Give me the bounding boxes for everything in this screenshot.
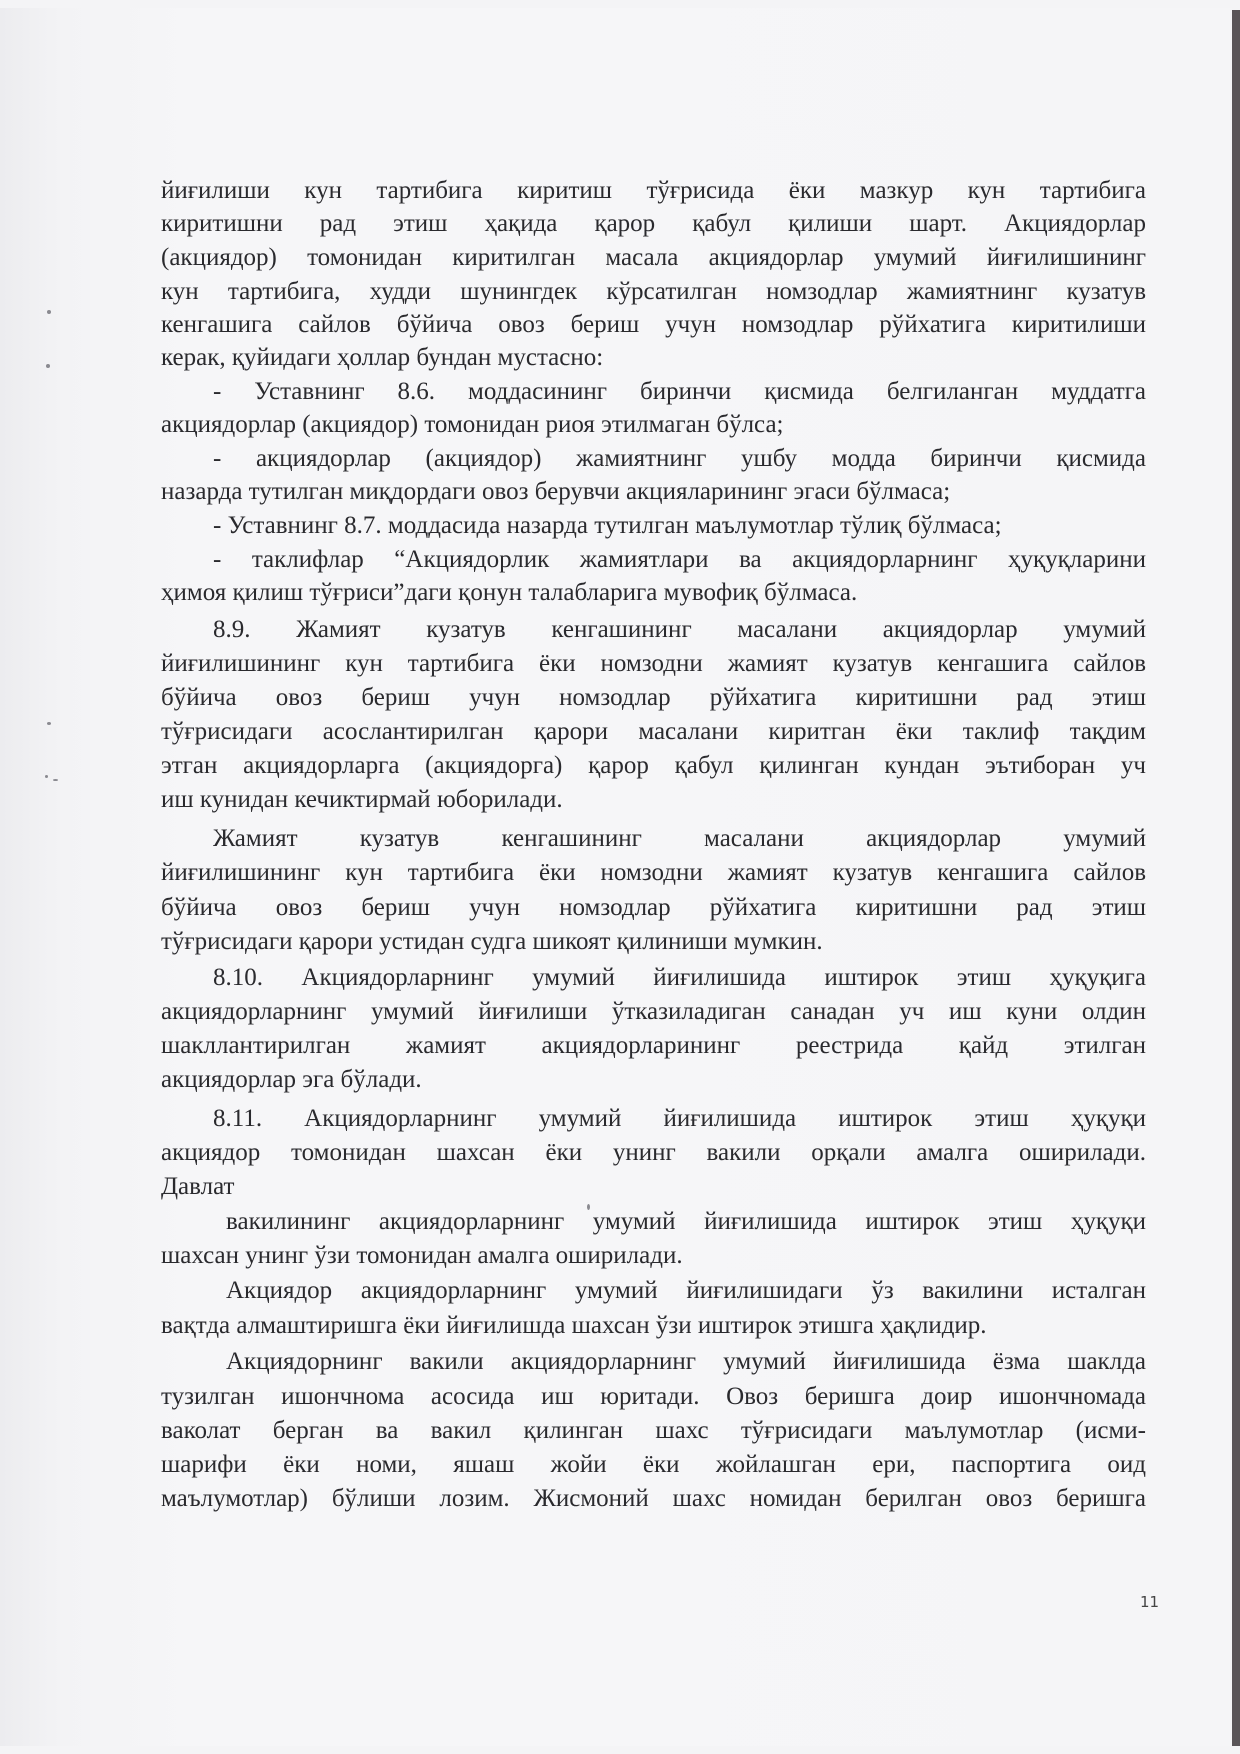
text-line: 8.11. Акциядорларнинг умумий йиғилишида … [213,1104,1146,1134]
page-number: 11 [1140,1593,1159,1611]
scan-speck [47,310,51,314]
text-line: назарда тутилган миқдордаги овоз берувчи… [161,477,950,507]
text-line: шахсан унинг ўзи томонидан амалга оширил… [161,1241,683,1271]
scan-speck [53,779,58,781]
text-line: акциядор томонидан шахсан ёки унинг ваки… [161,1138,1146,1168]
scan-speck [47,722,51,725]
text-line: кенгашига сайлов бўйича овоз бериш учун … [161,310,1146,340]
text-line: бўйича овоз бериш учун номзодлар рўйхати… [161,893,1146,923]
text-line: Акциядорнинг вакили акциядорларнинг умум… [226,1347,1146,1377]
text-line: Акциядор акциядорларнинг умумий йиғилиши… [226,1276,1146,1306]
text-line: Давлат [161,1172,234,1202]
text-line: 8.10. Акциядорларнинг умумий йиғилишида … [213,963,1146,993]
scan-edge-shadow [1232,10,1240,1746]
text-line: тўғрисидаги асослантирилган қарори масал… [161,717,1146,747]
scan-speck [46,364,50,368]
text-line: йиғилишининг кун тартибига ёки номзодни … [161,649,1146,679]
text-line: акциядорларнинг умумий йиғилиши ўтказила… [161,997,1146,1027]
text-line: акциядорлар (акциядор) томонидан риоя эт… [161,410,784,440]
text-line: йиғилиши кун тартибига киритиш тўғрисида… [161,176,1146,206]
text-line: тузилган ишончнома асосида иш юритади. О… [161,1382,1146,1412]
text-line: Жамият кузатув кенгашининг масалани акци… [213,824,1146,854]
text-line: бўйича овоз бериш учун номзодлар рўйхати… [161,683,1146,713]
text-line: шарифи ёки номи, яшаш жойи ёки жойлашган… [161,1450,1146,1480]
text-line: кун тартибига, худди шунингдек кўрсатилг… [161,277,1146,307]
text-line: ҳимоя қилиш тўғриси”даги қонун талаблари… [161,578,857,608]
text-line: 8.9. Жамият кузатув кенгашининг масалани… [213,615,1146,645]
text-line: акциядорлар эга бўлади. [161,1065,422,1095]
text-line: вакилининг акциядорларнинг умумий йиғили… [226,1207,1146,1237]
text-line: тўғрисидаги қарори устидан судга шикоят … [161,927,823,957]
text-line: киритишни рад этиш ҳақида қарор қабул қи… [161,209,1146,239]
text-line: шакллантирилган жамият акциядорларининг … [161,1031,1146,1061]
scan-speck [45,775,48,778]
text-line: керак, қуйидаги ҳоллар бундан мустасно: [161,343,603,373]
text-line: этган акциядорларга (акциядорга) қарор қ… [161,751,1146,781]
text-line: маълумотлар) бўлиши лозим. Жисмоний шахс… [161,1484,1146,1514]
text-line: йиғилишининг кун тартибига ёки номзодни … [161,858,1146,888]
text-line: иш кунидан кечиктирмай юборилади. [161,785,563,815]
text-line: - таклифлар “Акциядорлик жамиятлари ва а… [213,545,1146,575]
text-line: вақтда алмаштиришга ёки йиғилишда шахсан… [161,1311,987,1341]
text-line: ваколат берган ва вакил қилинган шахс тў… [161,1416,1146,1446]
text-line: - акциядорлар (акциядор) жамиятнинг ушбу… [213,444,1146,474]
text-line: - Уставнинг 8.6. моддасининг биринчи қис… [213,377,1146,407]
text-line: - Уставнинг 8.7. моддасида назарда тутил… [213,511,1002,541]
text-line: (акциядор) томонидан киритилган масала а… [161,243,1146,273]
